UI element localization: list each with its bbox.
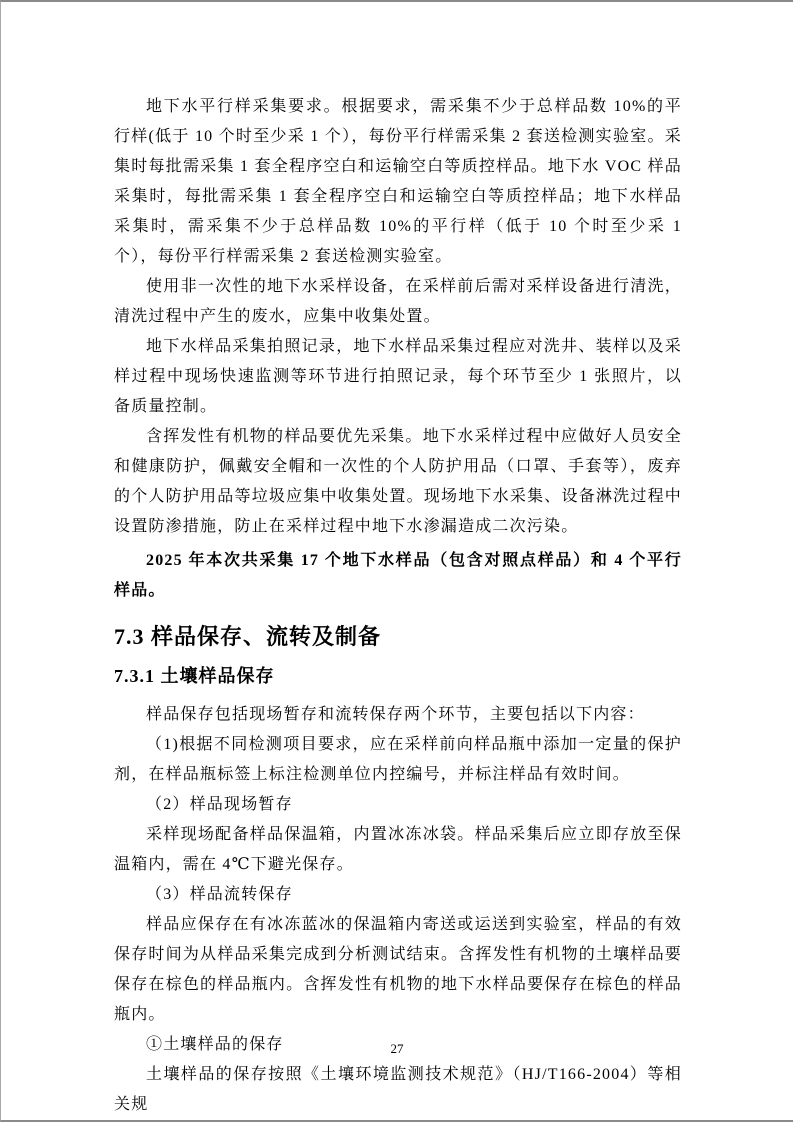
paragraph-voc-priority-safety: 含挥发性有机物的样品要优先采集。地下水采样过程中应做好人员安全和健康防护，佩戴安… — [114, 422, 682, 542]
paragraph-preservation-intro: 样品保存包括现场暂存和流转保存两个环节，主要包括以下内容： — [114, 700, 682, 730]
subsection-heading-7-3-1: 7.3.1 土壤样品保存 — [114, 662, 682, 690]
document-content: 地下水平行样采集要求。根据要求，需采集不少于总样品数 10%的平行样(低于 10… — [114, 92, 682, 1120]
paragraph-soil-preservation-standard: 土壤样品的保存按照《土壤环境监测技术规范》（HJ/T166-2004）等相关规 — [114, 1060, 682, 1120]
paragraph-photo-records: 地下水样品采集拍照记录，地下水样品采集过程应对洗井、装样以及采样过程中现场快速监… — [114, 332, 682, 422]
paragraph-item-3-transport-storage: 样品应保存在有冰冻蓝冰的保温箱内寄送或运送到实验室，样品的有效保存时间为从样品采… — [114, 910, 682, 1030]
paragraph-2025-sample-summary: 2025 年本次共采集 17 个地下水样品（包含对照点样品）和 4 个平行样品。 — [114, 546, 682, 606]
paragraph-item-1-protective-agent: （1)根据不同检测项目要求，应在采样前向样品瓶中添加一定量的保护剂，在样品瓶标签… — [114, 730, 682, 790]
page-number: 27 — [1, 1040, 793, 1058]
paragraph-item-2-title: （2）样品现场暂存 — [114, 790, 682, 820]
paragraph-item-3-title: （3）样品流转保存 — [114, 880, 682, 910]
paragraph-item-2-cooler-storage: 采样现场配备样品保温箱，内置冰冻冰袋。样品采集后应立即存放至保温箱内，需在 4℃… — [114, 820, 682, 880]
document-page: 地下水平行样采集要求。根据要求，需采集不少于总样品数 10%的平行样(低于 10… — [0, 0, 793, 1122]
paragraph-equipment-cleaning: 使用非一次性的地下水采样设备，在采样前后需对采样设备进行清洗，清洗过程中产生的废… — [114, 272, 682, 332]
section-heading-7-3: 7.3 样品保存、流转及制备 — [114, 621, 682, 653]
paragraph-groundwater-parallel-sampling: 地下水平行样采集要求。根据要求，需采集不少于总样品数 10%的平行样(低于 10… — [114, 92, 682, 272]
